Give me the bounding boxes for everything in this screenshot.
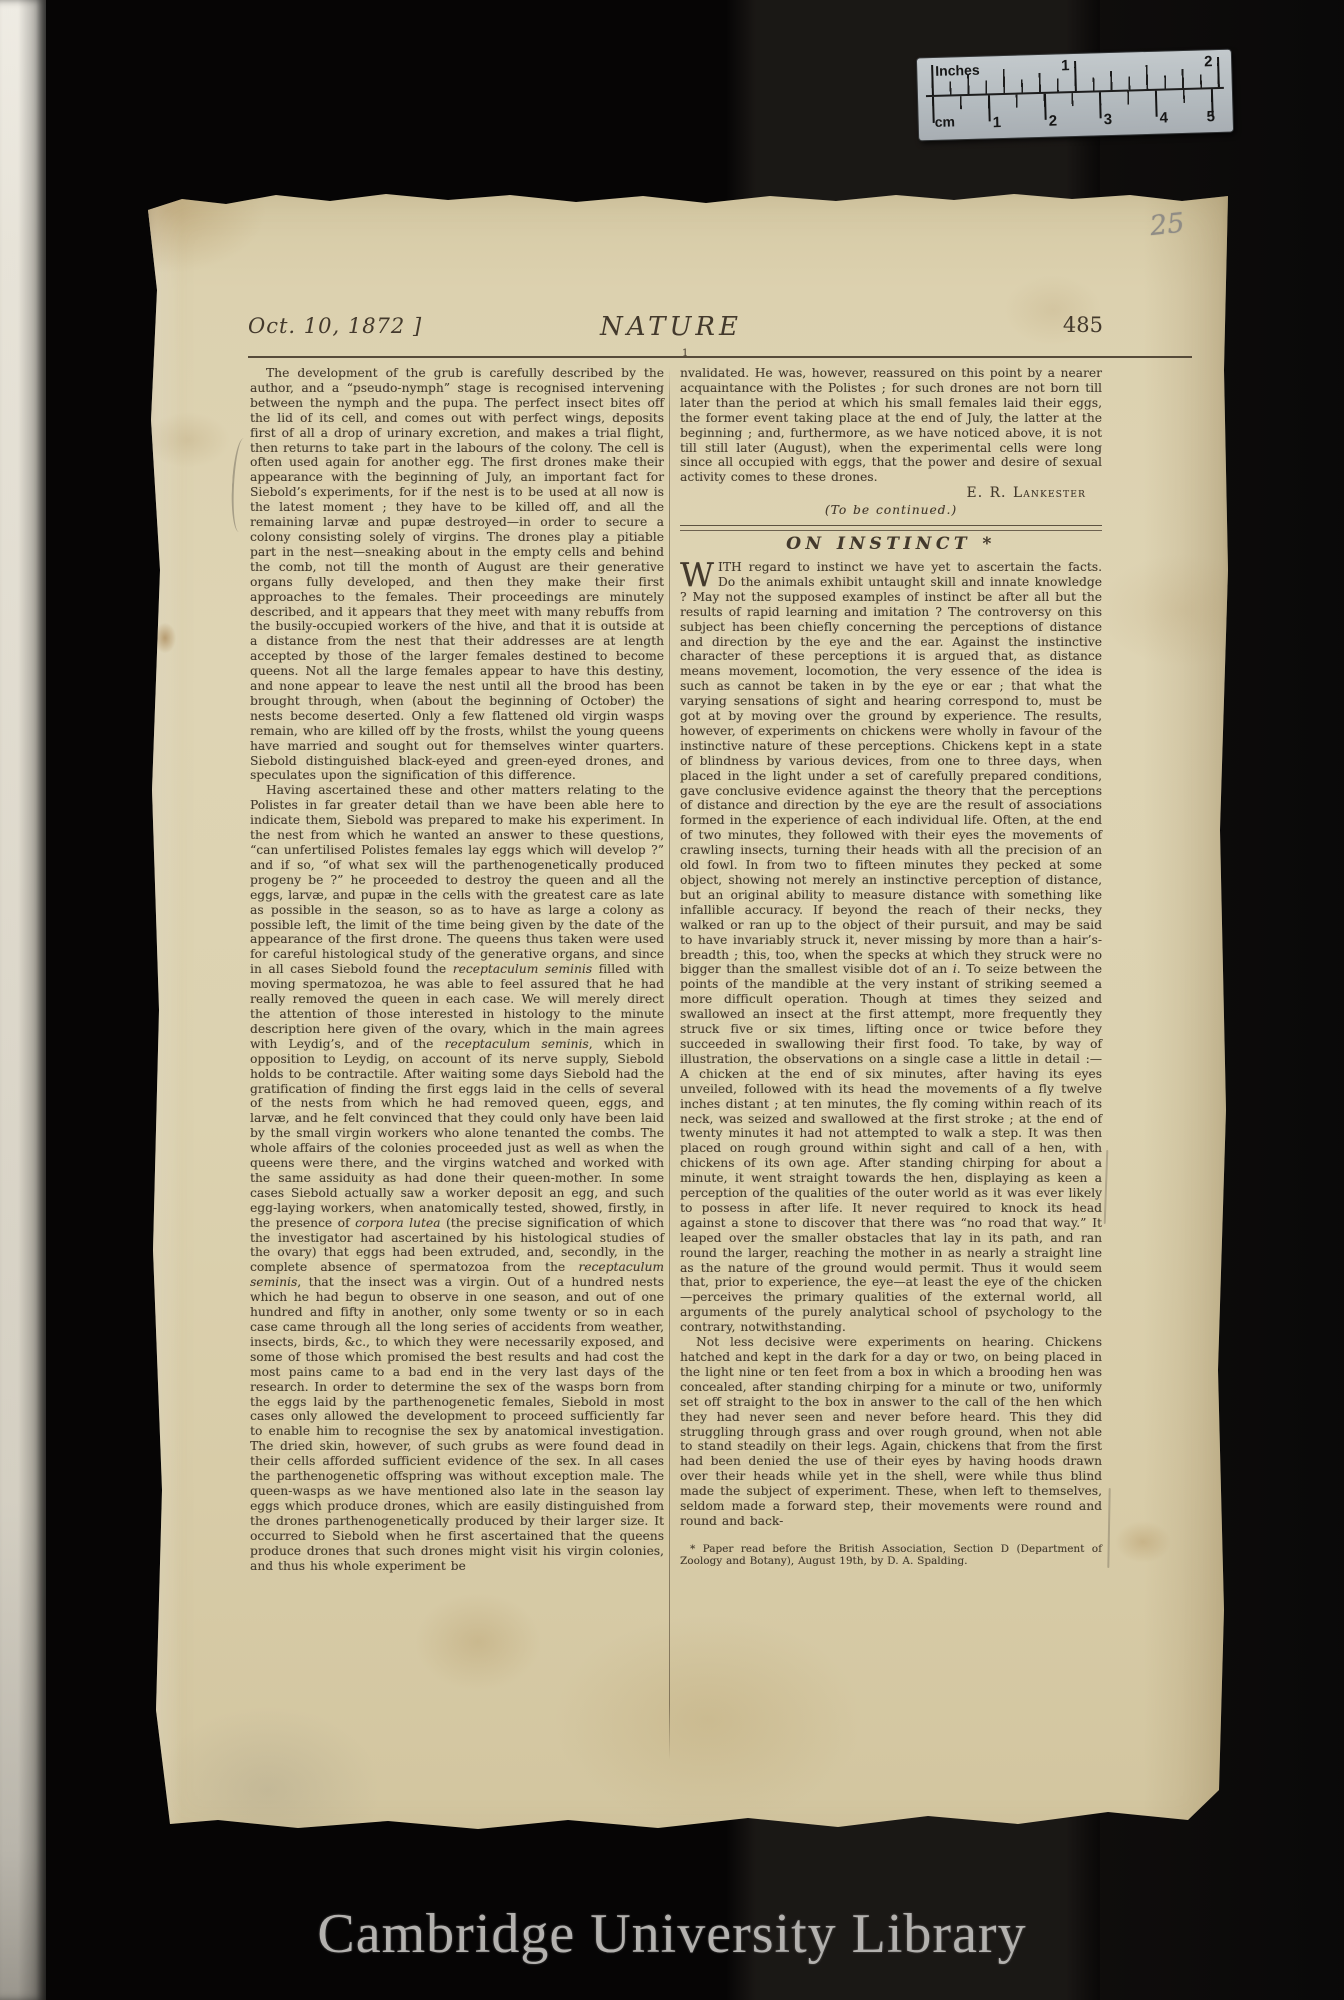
scale-ruler: Inches cm 1 2 1 2 3 4 5 <box>917 50 1233 141</box>
header-page-number: 485 <box>1063 313 1103 337</box>
section-double-rule <box>680 525 1102 531</box>
pencil-margin-stroke <box>1104 1150 1109 1224</box>
column-divider-rule <box>669 368 670 1760</box>
left-text-column: The development of the grub is carefully… <box>250 366 664 1573</box>
ruler-inch-tick-1 <box>1074 61 1077 91</box>
ruler-cm-label: cm <box>934 113 955 130</box>
left-column-paragraph-1: The development of the grub is carefully… <box>250 366 664 783</box>
author-signature: E. R. Lankester <box>680 486 1102 501</box>
header-journal-title: NATURE <box>148 312 1194 342</box>
ruler-inch-number-2: 2 <box>1204 53 1213 70</box>
superscript-print-mark: 1 <box>682 348 688 359</box>
library-watermark: Cambridge University Library <box>0 1902 1344 1966</box>
article-paragraph-2: Not less decisive were experiments on he… <box>680 1335 1102 1529</box>
ruler-inch-tick-0 <box>931 65 934 95</box>
pencil-margin-curve <box>230 438 251 533</box>
header-rule <box>248 356 1192 358</box>
article-title: ON INSTINCT * <box>680 537 1102 552</box>
ruler-inch-number-1: 1 <box>1061 57 1070 74</box>
article-footnote: * Paper read before the British Associat… <box>680 1543 1102 1568</box>
scanned-page-viewer: { "scan": { "handwritten_number": "25", … <box>0 0 1344 2000</box>
article-opening-text: ITH regard to instinct we have yet to as… <box>680 560 1102 1334</box>
handwritten-folio-number: 25 <box>1149 205 1212 242</box>
right-text-column: nvalidated. He was, however, reassured o… <box>680 366 1102 1568</box>
ruler-cm-number-2: 2 <box>1048 113 1057 130</box>
journal-page: 25 Oct. 10, 1872 ] NATURE 485 1 The deve… <box>148 190 1230 1846</box>
cradle-edge-strip <box>0 0 46 2000</box>
ruler-cm-number-4: 4 <box>1159 109 1168 126</box>
drop-cap: W <box>680 560 718 588</box>
ruler-cm-number-1: 1 <box>993 114 1002 131</box>
article-opening-paragraph: WITH regard to instinct we have yet to a… <box>680 560 1102 1335</box>
ruler-cm-number-5: 5 <box>1206 108 1215 125</box>
continuation-paragraph: nvalidated. He was, however, reassured o… <box>680 366 1102 485</box>
pencil-margin-stroke <box>1107 1488 1110 1568</box>
ruler-cm-number-3: 3 <box>1103 111 1112 128</box>
ruler-inch-tick-2 <box>1217 57 1220 87</box>
to-be-continued-note: (To be continued.) <box>680 503 1102 518</box>
left-column-paragraph-2: Having ascertained these and other matte… <box>250 783 664 1573</box>
